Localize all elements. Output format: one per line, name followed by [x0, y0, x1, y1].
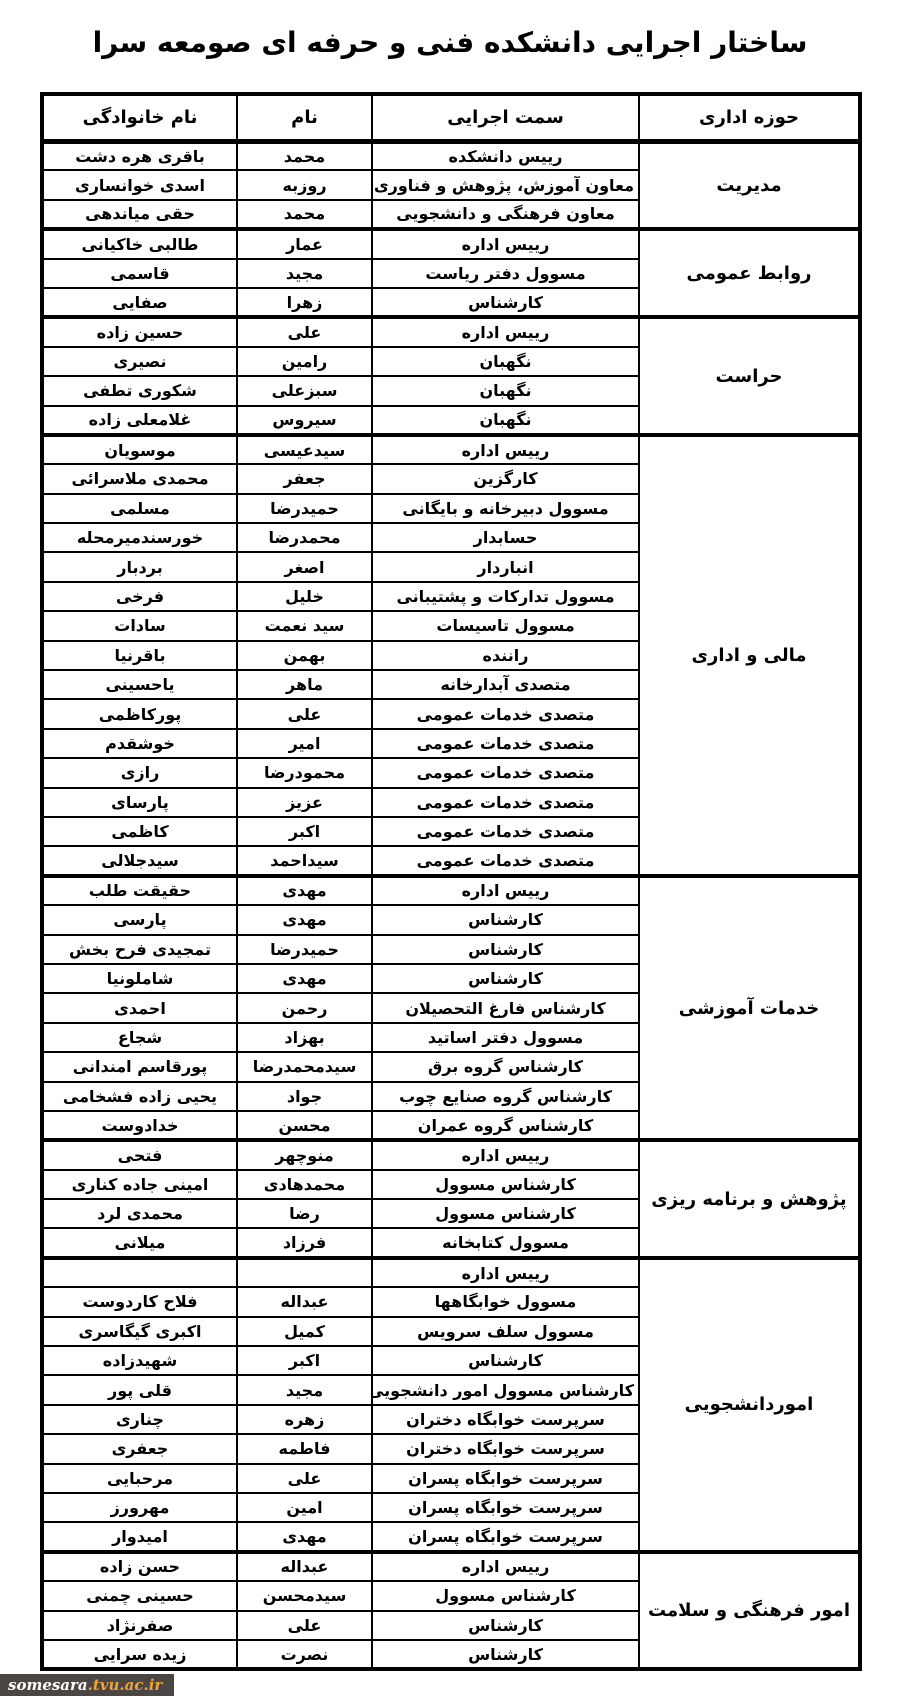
family-name-cell: حسینی چمنی [42, 1581, 237, 1610]
first-name-cell: روزبه [237, 170, 372, 199]
area-cell: حراست [639, 317, 860, 435]
table-row: خدمات آموزشیرییس ادارهمهدیحقیقت طلب [42, 876, 860, 905]
table-row: اموردانشجوییرییس اداره [42, 1258, 860, 1287]
first-name-cell: اکبر [237, 1346, 372, 1375]
first-name-cell: عبداله [237, 1287, 372, 1316]
first-name-cell: سیداحمد [237, 846, 372, 875]
family-name-cell: یحیی زاده فشخامی [42, 1082, 237, 1111]
position-cell: سرپرست خوابگاه دختران [372, 1434, 639, 1463]
position-cell: معاون فرهنگی و دانشجویی [372, 200, 639, 229]
position-cell: رییس اداره [372, 229, 639, 258]
family-name-cell [42, 1258, 237, 1287]
position-cell: نگهبان [372, 376, 639, 405]
first-name-cell: محمدرضا [237, 523, 372, 552]
family-name-cell: خورسندمیرمحله [42, 523, 237, 552]
family-name-cell: نصیری [42, 347, 237, 376]
family-name-cell: غلامعلی زاده [42, 406, 237, 435]
position-cell: متصدی خدمات عمومی [372, 817, 639, 846]
first-name-cell: علی [237, 317, 372, 346]
position-cell: مسوول کتابخانه [372, 1228, 639, 1257]
family-name-cell: امیدوار [42, 1522, 237, 1551]
position-cell: کارشناس [372, 1346, 639, 1375]
position-cell: مسوول دفتر اساتید [372, 1023, 639, 1052]
first-name-cell: منوچهر [237, 1140, 372, 1169]
position-cell: نگهبان [372, 347, 639, 376]
watermark-site-text: somesara [8, 1676, 88, 1694]
position-cell: کارشناس گروه عمران [372, 1111, 639, 1140]
first-name-cell: سیدمحمدرضا [237, 1052, 372, 1081]
first-name-cell: مهدی [237, 905, 372, 934]
position-cell: کارشناس فارغ التحصیلان [372, 993, 639, 1022]
column-header-name: نام [237, 94, 372, 141]
area-cell: مدیریت [639, 141, 860, 229]
position-cell: رییس دانشکده [372, 141, 639, 170]
table-row: روابط عمومیرییس ادارهعمارطالبی خاکیانی [42, 229, 860, 258]
position-cell: کارشناس [372, 1640, 639, 1669]
family-name-cell: مسلمی [42, 494, 237, 523]
family-name-cell: جعفری [42, 1434, 237, 1463]
family-name-cell: خدادوست [42, 1111, 237, 1140]
watermark-domain-text: .tvu.ac.ir [88, 1676, 163, 1694]
first-name-cell: سیروس [237, 406, 372, 435]
family-name-cell: محمدی ملاسرائی [42, 464, 237, 493]
table-row: امور فرهنگی و سلامترییس ادارهعبدالهحسن ز… [42, 1552, 860, 1581]
position-cell: متصدی خدمات عمومی [372, 729, 639, 758]
first-name-cell [237, 1258, 372, 1287]
first-name-cell: مجید [237, 1375, 372, 1404]
first-name-cell: رضا [237, 1199, 372, 1228]
position-cell: کارشناس مسوول [372, 1170, 639, 1199]
first-name-cell: عمار [237, 229, 372, 258]
first-name-cell: مهدی [237, 964, 372, 993]
first-name-cell: زهرا [237, 288, 372, 317]
position-cell: کارشناس [372, 964, 639, 993]
position-cell: مسوول دبیرخانه و بایگانی [372, 494, 639, 523]
family-name-cell: پارسی [42, 905, 237, 934]
org-table-body: مدیریترییس دانشکدهمحمدباقری هره دشتمعاون… [42, 141, 860, 1669]
table-header-row: حوزه اداری سمت اجرایی نام نام خانوادگی [42, 94, 860, 141]
family-name-cell: خوشقدم [42, 729, 237, 758]
position-cell: مسوول تاسیسات [372, 611, 639, 640]
position-cell: راننده [372, 641, 639, 670]
first-name-cell: علی [237, 699, 372, 728]
family-name-cell: پارسای [42, 788, 237, 817]
first-name-cell: سبزعلی [237, 376, 372, 405]
family-name-cell: شجاع [42, 1023, 237, 1052]
family-name-cell: سیدجلالی [42, 846, 237, 875]
position-cell: حسابدار [372, 523, 639, 552]
first-name-cell: زهره [237, 1405, 372, 1434]
family-name-cell: شهیدزاده [42, 1346, 237, 1375]
area-cell: مالی و اداری [639, 435, 860, 876]
position-cell: کارشناس گروه برق [372, 1052, 639, 1081]
position-cell: رییس اداره [372, 435, 639, 464]
first-name-cell: فرزاد [237, 1228, 372, 1257]
first-name-cell: رامین [237, 347, 372, 376]
family-name-cell: اکبری گیگاسری [42, 1317, 237, 1346]
family-name-cell: قلی پور [42, 1375, 237, 1404]
family-name-cell: فتحی [42, 1140, 237, 1169]
family-name-cell: پورقاسم امندانی [42, 1052, 237, 1081]
position-cell: رییس اداره [372, 1140, 639, 1169]
org-structure-table: حوزه اداری سمت اجرایی نام نام خانوادگی م… [40, 92, 862, 1671]
family-name-cell: کاظمی [42, 817, 237, 846]
family-name-cell: صفرنژاد [42, 1611, 237, 1640]
position-cell: کارشناس [372, 905, 639, 934]
family-name-cell: تمجیدی فرح بخش [42, 935, 237, 964]
family-name-cell: چناری [42, 1405, 237, 1434]
position-cell: متصدی آبدارخانه [372, 670, 639, 699]
first-name-cell: محمودرضا [237, 758, 372, 787]
position-cell: معاون آموزش، پژوهش و فناوری [372, 170, 639, 199]
family-name-cell: زیده سرایی [42, 1640, 237, 1669]
position-cell: سرپرست خوابگاه پسران [372, 1464, 639, 1493]
family-name-cell: مرحبایی [42, 1464, 237, 1493]
table-row: حراسترییس ادارهعلیحسین زاده [42, 317, 860, 346]
table-row: مدیریترییس دانشکدهمحمدباقری هره دشت [42, 141, 860, 170]
position-cell: متصدی خدمات عمومی [372, 788, 639, 817]
page-title: ساختار اجرایی دانشکده فنی و حرفه ای صومع… [0, 26, 900, 59]
first-name-cell: عبداله [237, 1552, 372, 1581]
first-name-cell: محمد [237, 200, 372, 229]
first-name-cell: فاطمه [237, 1434, 372, 1463]
area-cell: امور فرهنگی و سلامت [639, 1552, 860, 1670]
family-name-cell: موسویان [42, 435, 237, 464]
family-name-cell: طالبی خاکیانی [42, 229, 237, 258]
family-name-cell: بردبار [42, 552, 237, 581]
family-name-cell: صفایی [42, 288, 237, 317]
family-name-cell: قاسمی [42, 259, 237, 288]
family-name-cell: یاحسینی [42, 670, 237, 699]
position-cell: سرپرست خوابگاه پسران [372, 1522, 639, 1551]
family-name-cell: فرخی [42, 582, 237, 611]
family-name-cell: باقرنیا [42, 641, 237, 670]
family-name-cell: امینی جاده کناری [42, 1170, 237, 1199]
position-cell: متصدی خدمات عمومی [372, 699, 639, 728]
position-cell: نگهبان [372, 406, 639, 435]
position-cell: کارشناس [372, 288, 639, 317]
family-name-cell: حقیقت طلب [42, 876, 237, 905]
first-name-cell: بهزاد [237, 1023, 372, 1052]
first-name-cell: علی [237, 1464, 372, 1493]
position-cell: مسوول سلف سرویس [372, 1317, 639, 1346]
position-cell: کارشناس مسوول امور دانشجویی [372, 1375, 639, 1404]
first-name-cell: اکبر [237, 817, 372, 846]
column-header-area: حوزه اداری [639, 94, 860, 141]
position-cell: انباردار [372, 552, 639, 581]
position-cell: مسوول خوابگاهها [372, 1287, 639, 1316]
position-cell: رییس اداره [372, 876, 639, 905]
family-name-cell: شاملونیا [42, 964, 237, 993]
family-name-cell: محمدی لرد [42, 1199, 237, 1228]
first-name-cell: اصغر [237, 552, 372, 581]
first-name-cell: مهدی [237, 1522, 372, 1551]
first-name-cell: ماهر [237, 670, 372, 699]
position-cell: کارشناس مسوول [372, 1199, 639, 1228]
column-header-family: نام خانوادگی [42, 94, 237, 141]
first-name-cell: کمیل [237, 1317, 372, 1346]
first-name-cell: سیدعیسی [237, 435, 372, 464]
position-cell: رییس اداره [372, 1258, 639, 1287]
position-cell: کارگزین [372, 464, 639, 493]
first-name-cell: حمیدرضا [237, 935, 372, 964]
family-name-cell: رازی [42, 758, 237, 787]
position-cell: کارشناس [372, 935, 639, 964]
position-cell: سرپرست خوابگاه دختران [372, 1405, 639, 1434]
watermark-badge: somesara.tvu.ac.ir [0, 1674, 174, 1696]
first-name-cell: علی [237, 1611, 372, 1640]
position-cell: کارشناس [372, 1611, 639, 1640]
first-name-cell: سیدمحسن [237, 1581, 372, 1610]
position-cell: رییس اداره [372, 1552, 639, 1581]
area-cell: روابط عمومی [639, 229, 860, 317]
first-name-cell: جواد [237, 1082, 372, 1111]
first-name-cell: رحمن [237, 993, 372, 1022]
family-name-cell: باقری هره دشت [42, 141, 237, 170]
first-name-cell: عزیز [237, 788, 372, 817]
first-name-cell: نصرت [237, 1640, 372, 1669]
family-name-cell: شکوری تطفی [42, 376, 237, 405]
first-name-cell: مهدی [237, 876, 372, 905]
area-cell: اموردانشجویی [639, 1258, 860, 1552]
first-name-cell: جعفر [237, 464, 372, 493]
table-row: مالی و اداریرییس ادارهسیدعیسیموسویان [42, 435, 860, 464]
area-cell: خدمات آموزشی [639, 876, 860, 1141]
position-cell: کارشناس گروه صنایع چوب [372, 1082, 639, 1111]
first-name-cell: امیر [237, 729, 372, 758]
position-cell: کارشناس مسوول [372, 1581, 639, 1610]
family-name-cell: حسین زاده [42, 317, 237, 346]
table-row: پژوهش و برنامه ریزیرییس ادارهمنوچهرفتحی [42, 1140, 860, 1169]
position-cell: متصدی خدمات عمومی [372, 758, 639, 787]
area-cell: پژوهش و برنامه ریزی [639, 1140, 860, 1258]
column-header-position: سمت اجرایی [372, 94, 639, 141]
position-cell: متصدی خدمات عمومی [372, 846, 639, 875]
first-name-cell: محمدهادی [237, 1170, 372, 1199]
family-name-cell: احمدی [42, 993, 237, 1022]
family-name-cell: مهرورز [42, 1493, 237, 1522]
family-name-cell: پورکاظمی [42, 699, 237, 728]
family-name-cell: فلاح کاردوست [42, 1287, 237, 1316]
first-name-cell: مجید [237, 259, 372, 288]
position-cell: رییس اداره [372, 317, 639, 346]
first-name-cell: بهمن [237, 641, 372, 670]
first-name-cell: حمیدرضا [237, 494, 372, 523]
first-name-cell: محسن [237, 1111, 372, 1140]
family-name-cell: اسدی خوانساری [42, 170, 237, 199]
family-name-cell: حسن زاده [42, 1552, 237, 1581]
position-cell: مسوول تدارکات و پشتیبانی [372, 582, 639, 611]
family-name-cell: میلانی [42, 1228, 237, 1257]
first-name-cell: خلیل [237, 582, 372, 611]
page: { "page": { "title": "ساختار اجرایی دانش… [0, 0, 900, 1703]
first-name-cell: سید نعمت [237, 611, 372, 640]
position-cell: مسوول دفتر ریاست [372, 259, 639, 288]
position-cell: سرپرست خوابگاه پسران [372, 1493, 639, 1522]
first-name-cell: محمد [237, 141, 372, 170]
family-name-cell: سادات [42, 611, 237, 640]
family-name-cell: حقی میاندهی [42, 200, 237, 229]
first-name-cell: امین [237, 1493, 372, 1522]
